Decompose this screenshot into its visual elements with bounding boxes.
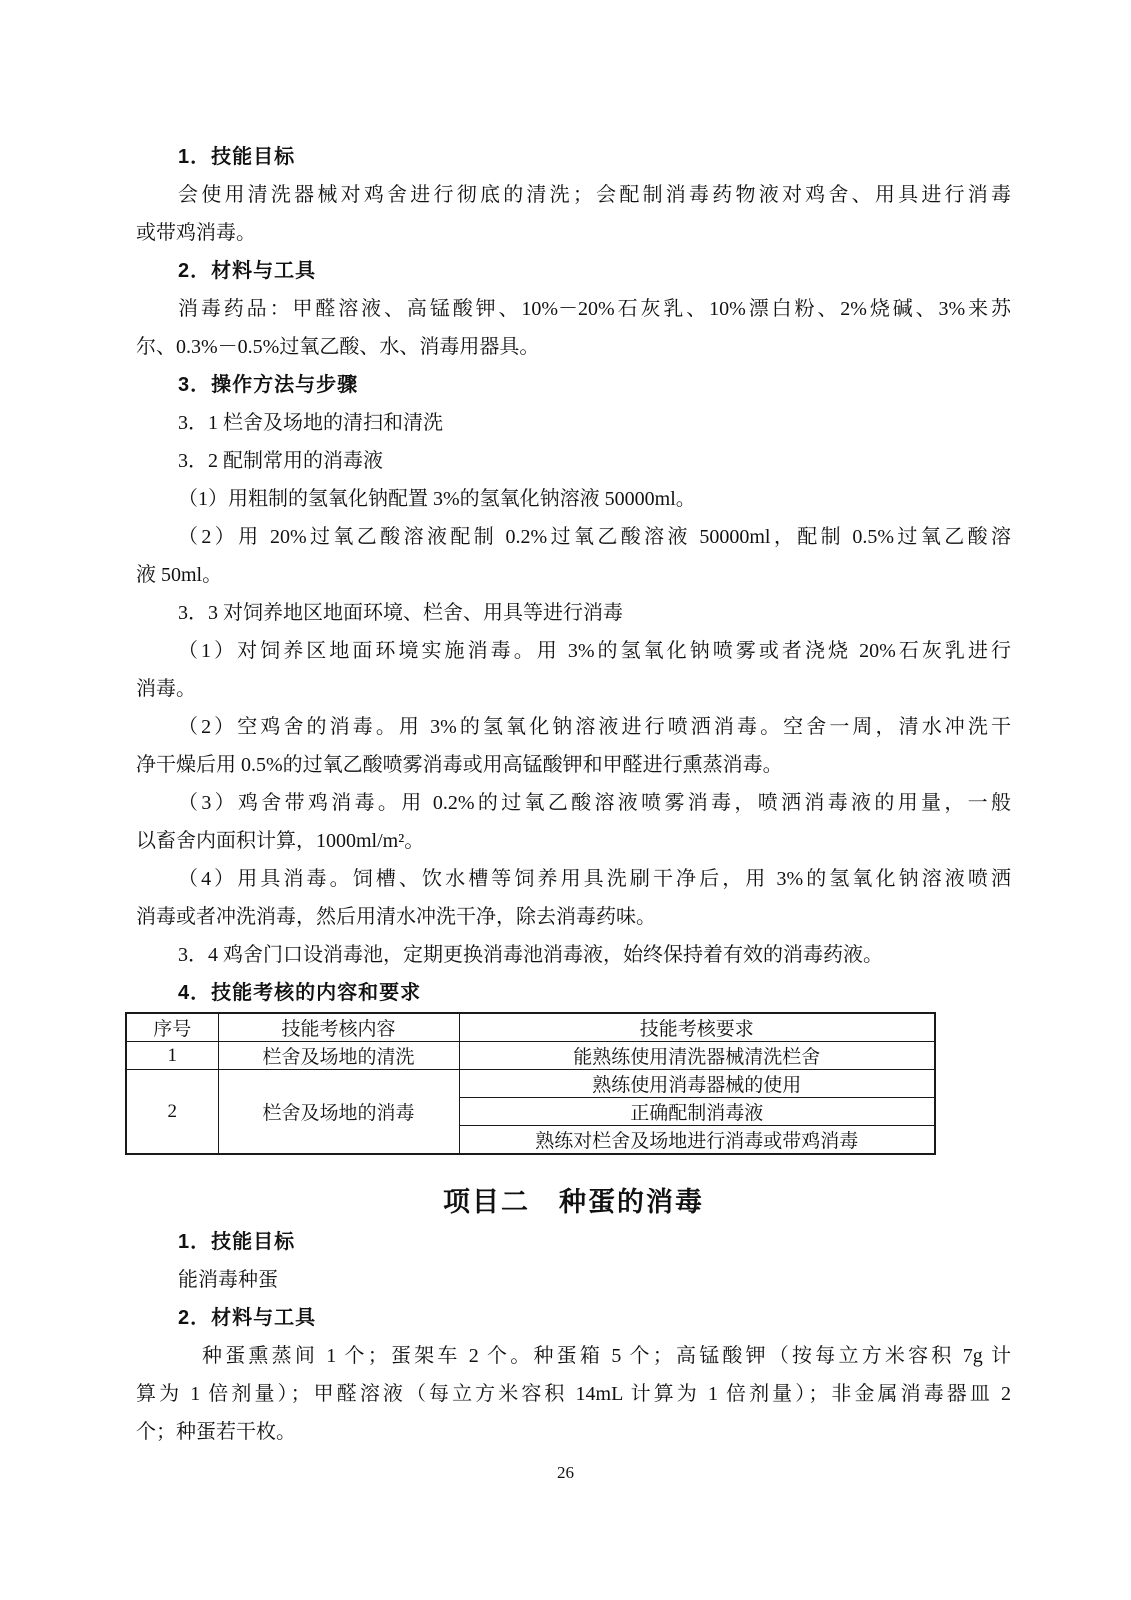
paragraph-line: 消毒药品：甲醛溶液、高锰酸钾、10%－20%石灰乳、10%漂白粉、2%烧碱、3%… — [136, 290, 1011, 328]
section-heading: 2．材料与工具 — [136, 1299, 1011, 1337]
section-heading: 4．技能考核的内容和要求 — [136, 974, 1011, 1012]
paragraph-line: 以畜舍内面积计算，1000ml/m²。 — [136, 822, 1011, 860]
paragraph-line: 消毒。 — [136, 670, 1011, 708]
table-cell: 1 — [126, 1042, 218, 1070]
paragraph-line: （3）鸡舍带鸡消毒。用 0.2%的过氧乙酸溶液喷雾消毒，喷洒消毒液的用量，一般 — [136, 784, 1011, 822]
table-cell: 能熟练使用清洗器械清洗栏舍 — [459, 1042, 935, 1070]
paragraph-line: 净干燥后用 0.5%的过氧乙酸喷雾消毒或用高锰酸钾和甲醛进行熏蒸消毒。 — [136, 746, 1011, 784]
paragraph-line: 或带鸡消毒。 — [136, 214, 1011, 252]
table-cell: 栏舍及场地的清洗 — [218, 1042, 459, 1070]
paragraph-line: 个；种蛋若干枚。 — [136, 1413, 1011, 1451]
paragraph-line: 液 50ml。 — [136, 556, 1011, 594]
paragraph-line: 消毒或者冲洗消毒，然后用清水冲洗干净，除去消毒药味。 — [136, 898, 1011, 936]
project-title: 项目二 种蛋的消毒 — [136, 1181, 1011, 1223]
paragraph-line: （2）空鸡舍的消毒。用 3%的氢氧化钠溶液进行喷洒消毒。空舍一周，清水冲洗干 — [136, 708, 1011, 746]
skills-table: 序号 技能考核内容 技能考核要求 1 栏舍及场地的清洗 能熟练使用清洗器械清洗栏… — [125, 1012, 936, 1155]
paragraph-line: 尔、0.3%－0.5%过氧乙酸、水、消毒用器具。 — [136, 328, 1011, 366]
paragraph-line: 算为 1 倍剂量）；甲醛溶液（每立方米容积 14mL 计算为 1 倍剂量）；非金… — [136, 1375, 1011, 1413]
paragraph-line: （1）对饲养区地面环境实施消毒。用 3%的氢氧化钠喷雾或者浇烧 20%石灰乳进行 — [136, 632, 1011, 670]
paragraph-line: 3．3 对饲养地区地面环境、栏舍、用具等进行消毒 — [136, 594, 1011, 632]
paragraph-line: 3．1 栏舍及场地的清扫和清洗 — [136, 404, 1011, 442]
paragraph-line: （1）用粗制的氢氧化钠配置 3%的氢氧化钠溶液 50000ml。 — [136, 480, 1011, 518]
table-header-cell: 技能考核内容 — [218, 1013, 459, 1042]
section-heading: 3．操作方法与步骤 — [136, 366, 1011, 404]
section-heading: 1．技能目标 — [136, 1223, 1011, 1261]
paragraph-line: 种蛋熏蒸间 1 个；蛋架车 2 个。种蛋箱 5 个；高锰酸钾（按每立方米容积 7… — [136, 1337, 1011, 1375]
paragraph-line: 能消毒种蛋 — [136, 1261, 1011, 1299]
section-heading: 2．材料与工具 — [136, 252, 1011, 290]
page-number: 26 — [0, 1454, 1131, 1492]
paragraph-line: （4）用具消毒。饲槽、饮水槽等饲养用具洗刷干净后，用 3%的氢氧化钠溶液喷洒 — [136, 860, 1011, 898]
table-cell: 正确配制消毒液 — [459, 1098, 935, 1126]
table-header-cell: 技能考核要求 — [459, 1013, 935, 1042]
table-cell: 熟练使用消毒器械的使用 — [459, 1070, 935, 1098]
table-header-cell: 序号 — [126, 1013, 218, 1042]
paragraph-line: （2）用 20%过氧乙酸溶液配制 0.2%过氧乙酸溶液 50000ml，配制 0… — [136, 518, 1011, 556]
paragraph-line: 3．2 配制常用的消毒液 — [136, 442, 1011, 480]
document-body: 1．技能目标 会使用清洗器械对鸡舍进行彻底的清洗；会配制消毒药物液对鸡舍、用具进… — [136, 138, 1011, 1451]
table-cell: 2 — [126, 1070, 218, 1155]
paragraph-line: 3．4 鸡舍门口设消毒池，定期更换消毒池消毒液，始终保持着有效的消毒药液。 — [136, 936, 1011, 974]
section-heading: 1．技能目标 — [136, 138, 1011, 176]
document-page: 1．技能目标 会使用清洗器械对鸡舍进行彻底的清洗；会配制消毒药物液对鸡舍、用具进… — [0, 0, 1131, 1600]
table-cell: 熟练对栏舍及场地进行消毒或带鸡消毒 — [459, 1126, 935, 1155]
table-cell: 栏舍及场地的消毒 — [218, 1070, 459, 1155]
paragraph-line: 会使用清洗器械对鸡舍进行彻底的清洗；会配制消毒药物液对鸡舍、用具进行消毒 — [136, 176, 1011, 214]
